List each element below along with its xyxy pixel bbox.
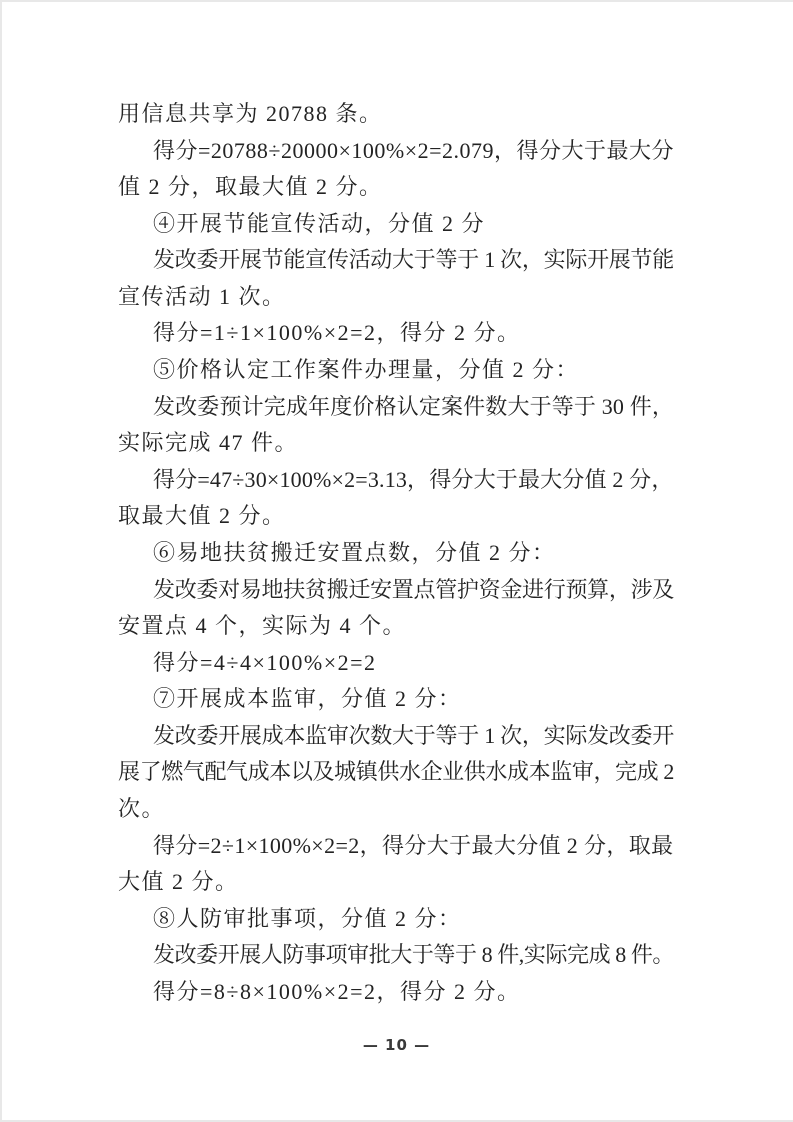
text-line: 值 2 分，取最大值 2 分。 (118, 169, 674, 206)
text-line: ⑧人防审批事项，分值 2 分： (118, 901, 674, 938)
text-line: ⑤价格认定工作案件办理量，分值 2 分： (118, 352, 674, 389)
text-line: 取最大值 2 分。 (118, 498, 674, 535)
text-line: 得分=4÷4×100%×2=2 (118, 645, 674, 682)
text-line: 得分=47÷30×100%×2=3.13，得分大于最大分值 2 分， (118, 462, 674, 499)
text-line: 用信息共享为 20788 条。 (118, 96, 674, 133)
text-line: 实际完成 47 件。 (118, 425, 674, 462)
page-number: — 10 — (0, 1035, 793, 1055)
text-line: 发改委对易地扶贫搬迁安置点管护资金进行预算，涉及 (118, 572, 674, 609)
text-line: 得分=20788÷20000×100%×2=2.079，得分大于最大分 (118, 133, 674, 170)
text-line: ⑦开展成本监审，分值 2 分： (118, 681, 674, 718)
text-line: 发改委开展成本监审次数大于等于 1 次，实际发改委开 (118, 718, 674, 755)
text-line: 次。 (118, 791, 674, 828)
text-line: 发改委开展人防事项审批大于等于 8 件,实际完成 8 件。 (118, 937, 674, 974)
text-line: 得分=1÷1×100%×2=2，得分 2 分。 (118, 315, 674, 352)
document-body: 用信息共享为 20788 条。得分=20788÷20000×100%×2=2.0… (118, 96, 674, 1010)
text-line: 发改委预计完成年度价格认定案件数大于等于 30 件， (118, 389, 674, 426)
text-line: ④开展节能宣传活动，分值 2 分 (118, 206, 674, 243)
text-line: 展了燃气配气成本以及城镇供水企业供水成本监审，完成 2 (118, 754, 674, 791)
text-line: 发改委开展节能宣传活动大于等于 1 次，实际开展节能 (118, 242, 674, 279)
text-line: 得分=8÷8×100%×2=2，得分 2 分。 (118, 974, 674, 1011)
text-line: 宣传活动 1 次。 (118, 279, 674, 316)
text-line: 安置点 4 个，实际为 4 个。 (118, 608, 674, 645)
text-line: 得分=2÷1×100%×2=2，得分大于最大分值 2 分，取最 (118, 828, 674, 865)
text-line: 大值 2 分。 (118, 864, 674, 901)
text-line: ⑥易地扶贫搬迁安置点数，分值 2 分： (118, 535, 674, 572)
document-page: 用信息共享为 20788 条。得分=20788÷20000×100%×2=2.0… (0, 0, 793, 1122)
